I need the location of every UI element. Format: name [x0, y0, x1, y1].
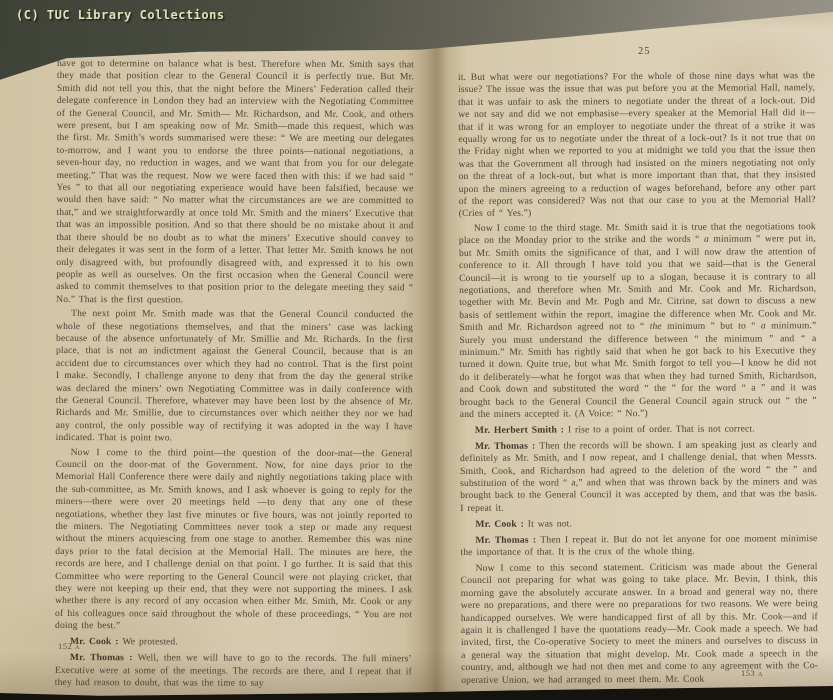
page-24-text-column: have got to determine on balance what is… [55, 58, 414, 694]
paragraph: it. But what were our negotiations? For … [458, 70, 816, 221]
text-segment: We protested. [122, 636, 178, 647]
page-24-footer: 152 A [58, 641, 80, 651]
footer-number: 153 [741, 668, 755, 678]
speech-paragraph: Mr. Herbert Smith : I rise to a point of… [460, 423, 817, 437]
text-segment: minimum.” Surely you must understand the… [459, 320, 816, 420]
text-segment: It was not. [528, 518, 572, 529]
text-segment: minimum ” but to “ [662, 321, 761, 333]
speaker-label: Mr. Thomas : [475, 440, 539, 451]
paragraph: have got to determine on balance what is… [56, 58, 414, 307]
text-segment: have got to determine on balance what is… [56, 58, 414, 305]
text-segment: minimum ” were put in, but Mr. Smith omi… [459, 233, 816, 333]
footer-suffix: A [75, 644, 80, 651]
text-segment: Now I come to the third point—the questi… [55, 447, 413, 632]
speech-paragraph: Mr. Cook : We protested. [55, 636, 412, 650]
paragraph: The next point Mr. Smith made was that t… [56, 308, 413, 446]
paragraph: Now I come to this second statement. Cri… [461, 561, 819, 687]
speech-paragraph: Mr. Thomas : Well, then we will have to … [55, 652, 412, 690]
speech-paragraph: Mr. Thomas : Then the records will be sh… [460, 439, 817, 515]
page-25-footer: 153 A [741, 668, 763, 678]
speech-paragraph: Mr. Cook : It was not. [460, 517, 817, 531]
page-25-text-column: it. But what were our negotiations? For … [458, 70, 818, 689]
text-segment: The next point Mr. Smith made was that t… [56, 308, 413, 443]
watermark-text: (C) TUC Library Collections [16, 8, 225, 22]
paragraph: Now I come to the third stage. Mr. Smith… [459, 221, 817, 421]
text-segment: it. But what were our negotiations? For … [458, 70, 816, 219]
speaker-label: Mr. Cook : [475, 518, 527, 529]
page-number-25: 25 [638, 46, 651, 57]
paragraph: Now I come to the third point—the questi… [55, 447, 413, 634]
speech-paragraph: Mr. Thomas : Then I repeat it. But do no… [460, 533, 817, 560]
text-segment: I rise to a point of order. That is not … [568, 423, 755, 435]
text-segment: Now I come to this second statement. Cri… [461, 561, 819, 686]
footer-suffix: A [758, 671, 763, 678]
speaker-label: Mr. Thomas : [70, 652, 138, 663]
book-spread: 24 25 have got to determine on balance w… [0, 0, 833, 700]
text-segment: the [650, 321, 662, 332]
footer-number: 152 [58, 641, 72, 651]
speaker-label: Mr. Herbert Smith : [475, 424, 568, 435]
scanned-book-photo: 24 25 have got to determine on balance w… [0, 0, 833, 700]
speaker-label: Mr. Thomas : [475, 534, 540, 545]
